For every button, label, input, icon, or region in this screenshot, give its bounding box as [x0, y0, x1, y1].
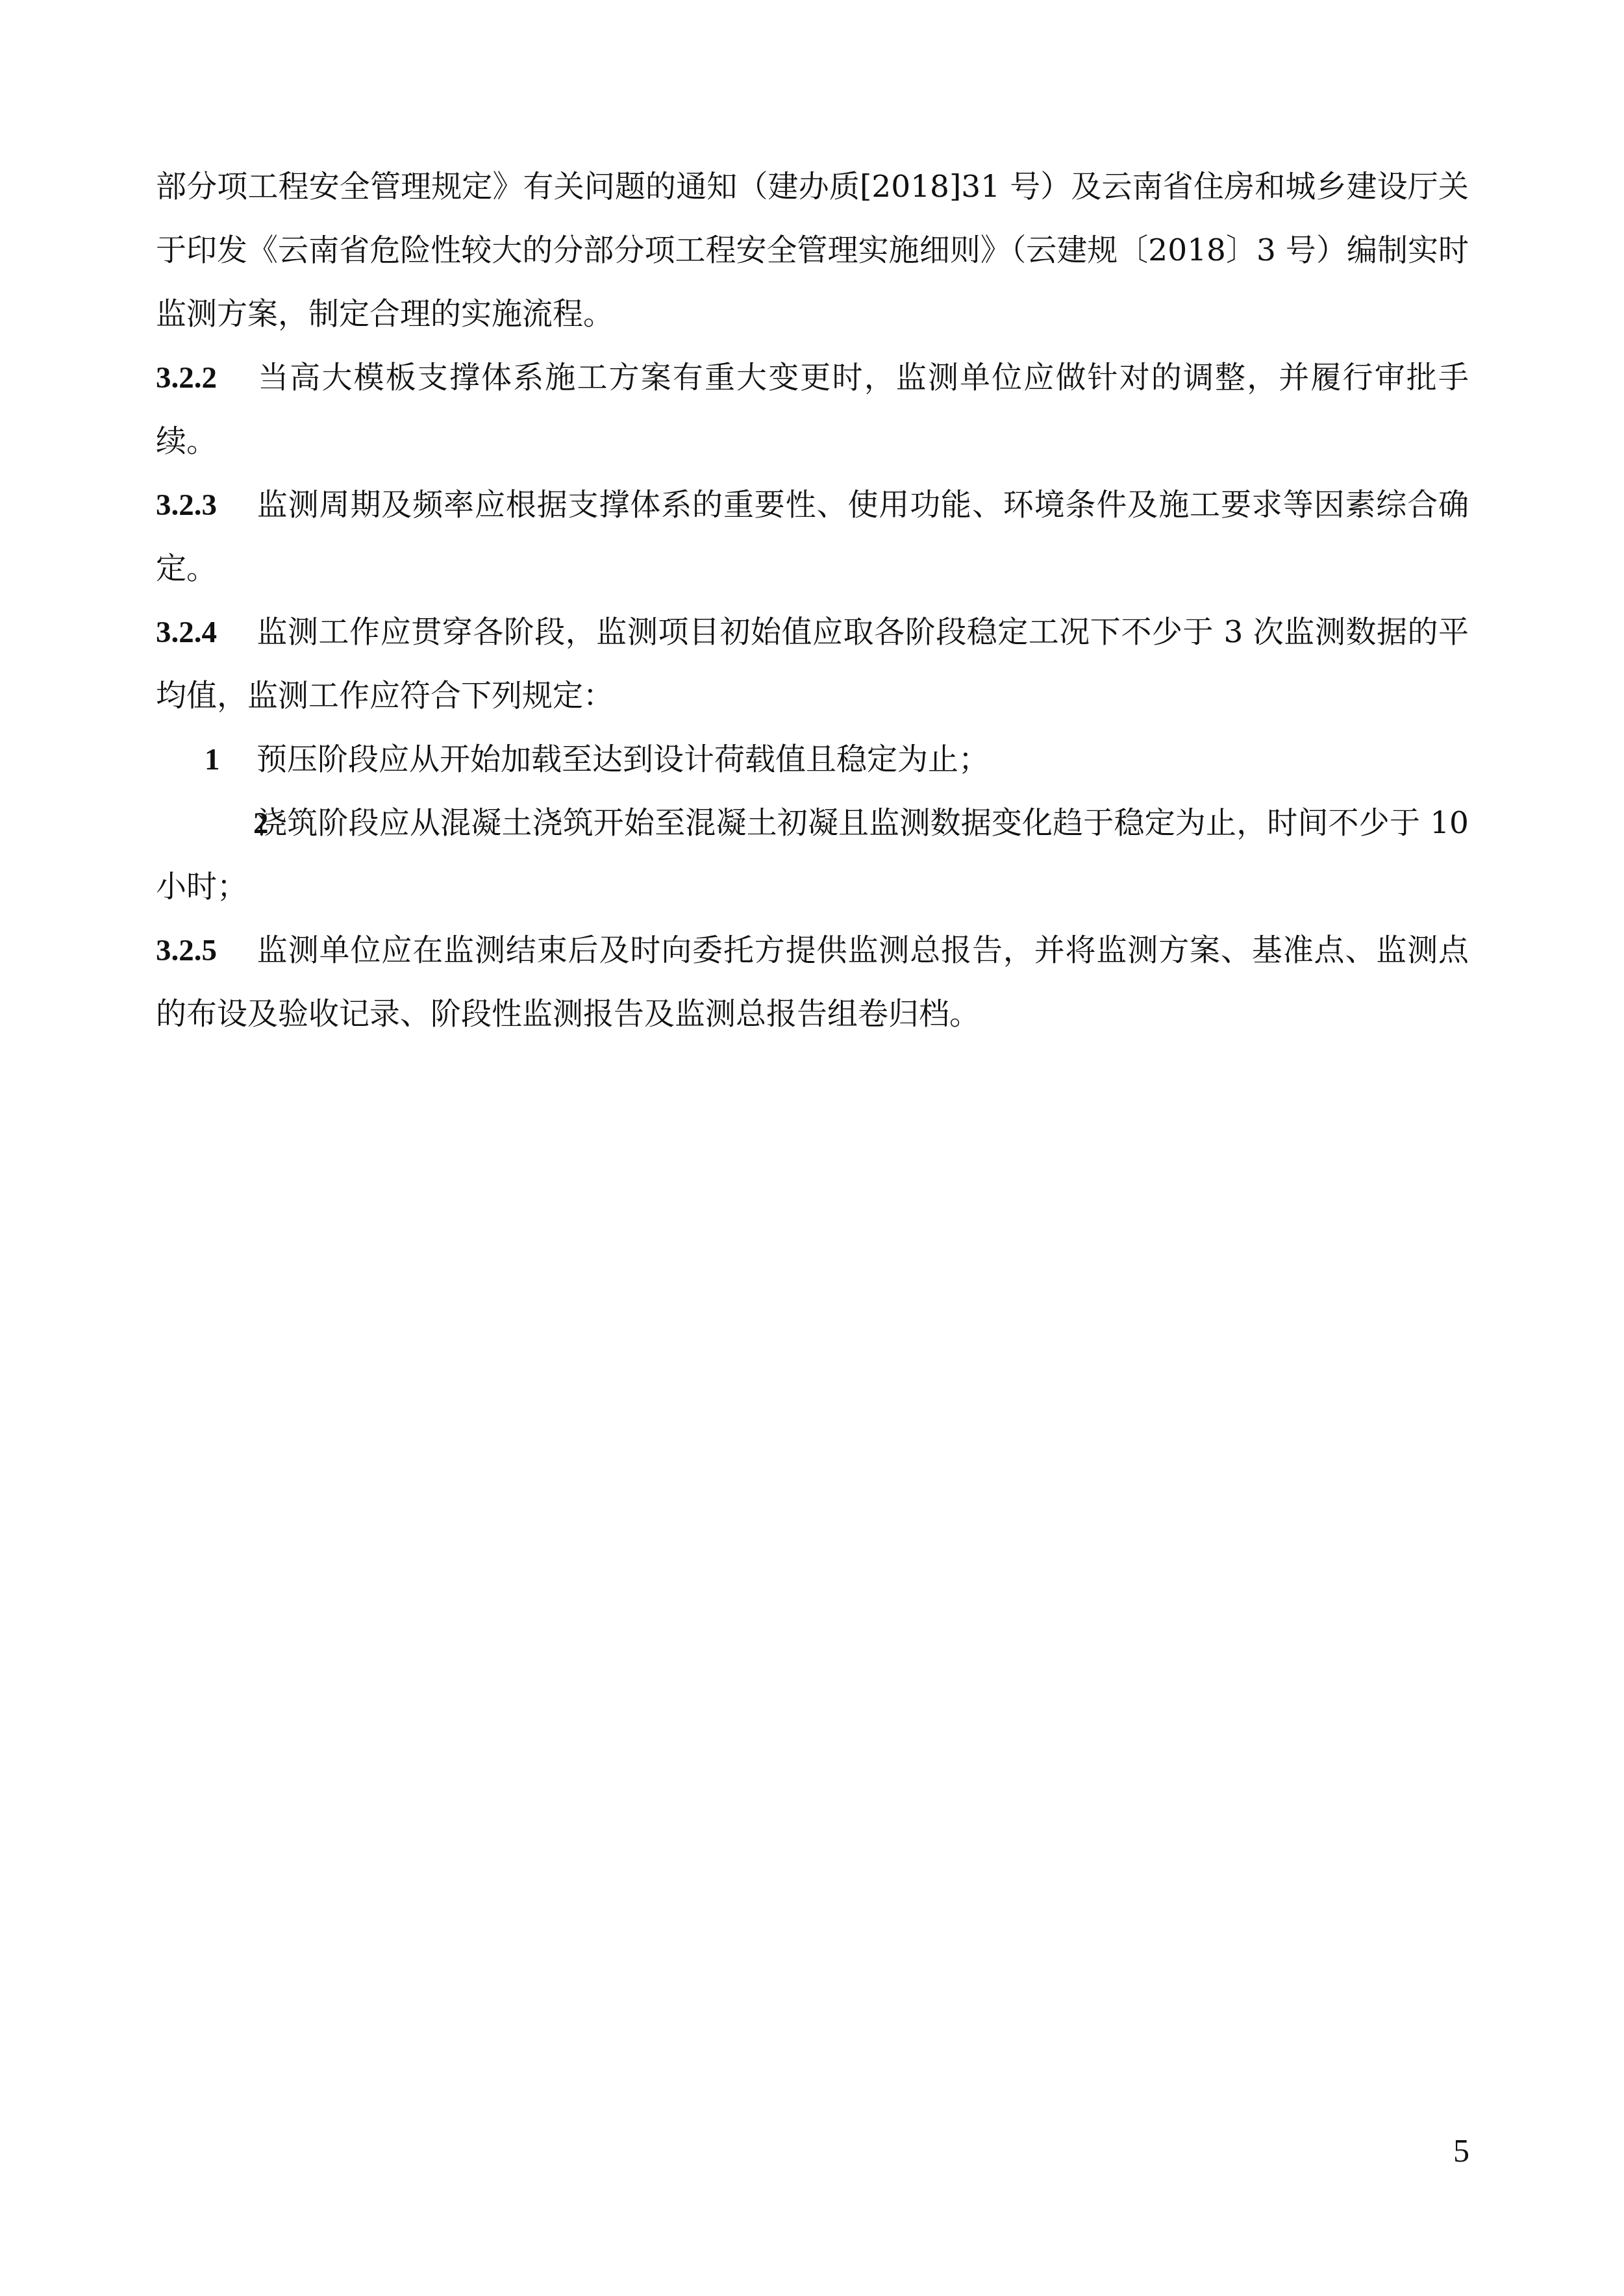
- clause-3-2-2: 3.2.2当高大模板支撑体系施工方案有重大变更时，监测单位应做针对的调整，并履行…: [156, 346, 1469, 473]
- document-page: 部分项工程安全管理规定》有关问题的通知（建办质[2018]31 号）及云南省住房…: [0, 0, 1624, 2296]
- clause-text: 监测工作应贯穿各阶段，监测项目初始值应取各阶段稳定工况下不少于 3 次监测数据的…: [156, 614, 1469, 714]
- item-number: 1: [205, 728, 256, 792]
- clause-number: 3.2.4: [156, 601, 256, 664]
- item-text: 浇筑阶段应从混凝土浇筑开始至混凝土初凝且监测数据变化趋于稳定为止，时间不少于 1…: [156, 805, 1469, 905]
- continuation-paragraph: 部分项工程安全管理规定》有关问题的通知（建办质[2018]31 号）及云南省住房…: [156, 155, 1469, 346]
- clause-3-2-3: 3.2.3监测周期及频率应根据支撑体系的重要性、使用功能、环境条件及施工要求等因…: [156, 473, 1469, 601]
- clause-3-2-4: 3.2.4监测工作应贯穿各阶段，监测项目初始值应取各阶段稳定工况下不少于 3 次…: [156, 601, 1469, 728]
- item-text: 预压阶段应从开始加载至达到设计荷载值且稳定为止；: [256, 742, 989, 777]
- item-number: 2: [205, 792, 256, 855]
- clause-3-2-4-item-1: 1预压阶段应从开始加载至达到设计荷载值且稳定为止；: [156, 728, 1469, 792]
- clause-number: 3.2.2: [156, 346, 256, 410]
- page-number: 5: [1453, 2131, 1469, 2170]
- clause-3-2-5: 3.2.5监测单位应在监测结束后及时向委托方提供监测总报告，并将监测方案、基准点…: [156, 919, 1469, 1046]
- clause-number: 3.2.3: [156, 473, 256, 537]
- clause-3-2-4-item-2: 2浇筑阶段应从混凝土浇筑开始至混凝土初凝且监测数据变化趋于稳定为止，时间不少于 …: [156, 792, 1469, 919]
- clause-text: 当高大模板支撑体系施工方案有重大变更时，监测单位应做针对的调整，并履行审批手续。: [156, 360, 1469, 459]
- clause-text: 监测周期及频率应根据支撑体系的重要性、使用功能、环境条件及施工要求等因素综合确定…: [156, 487, 1469, 586]
- clause-number: 3.2.5: [156, 919, 256, 982]
- document-body: 部分项工程安全管理规定》有关问题的通知（建办质[2018]31 号）及云南省住房…: [156, 155, 1469, 1046]
- clause-text: 监测单位应在监测结束后及时向委托方提供监测总报告，并将监测方案、基准点、监测点的…: [156, 932, 1469, 1032]
